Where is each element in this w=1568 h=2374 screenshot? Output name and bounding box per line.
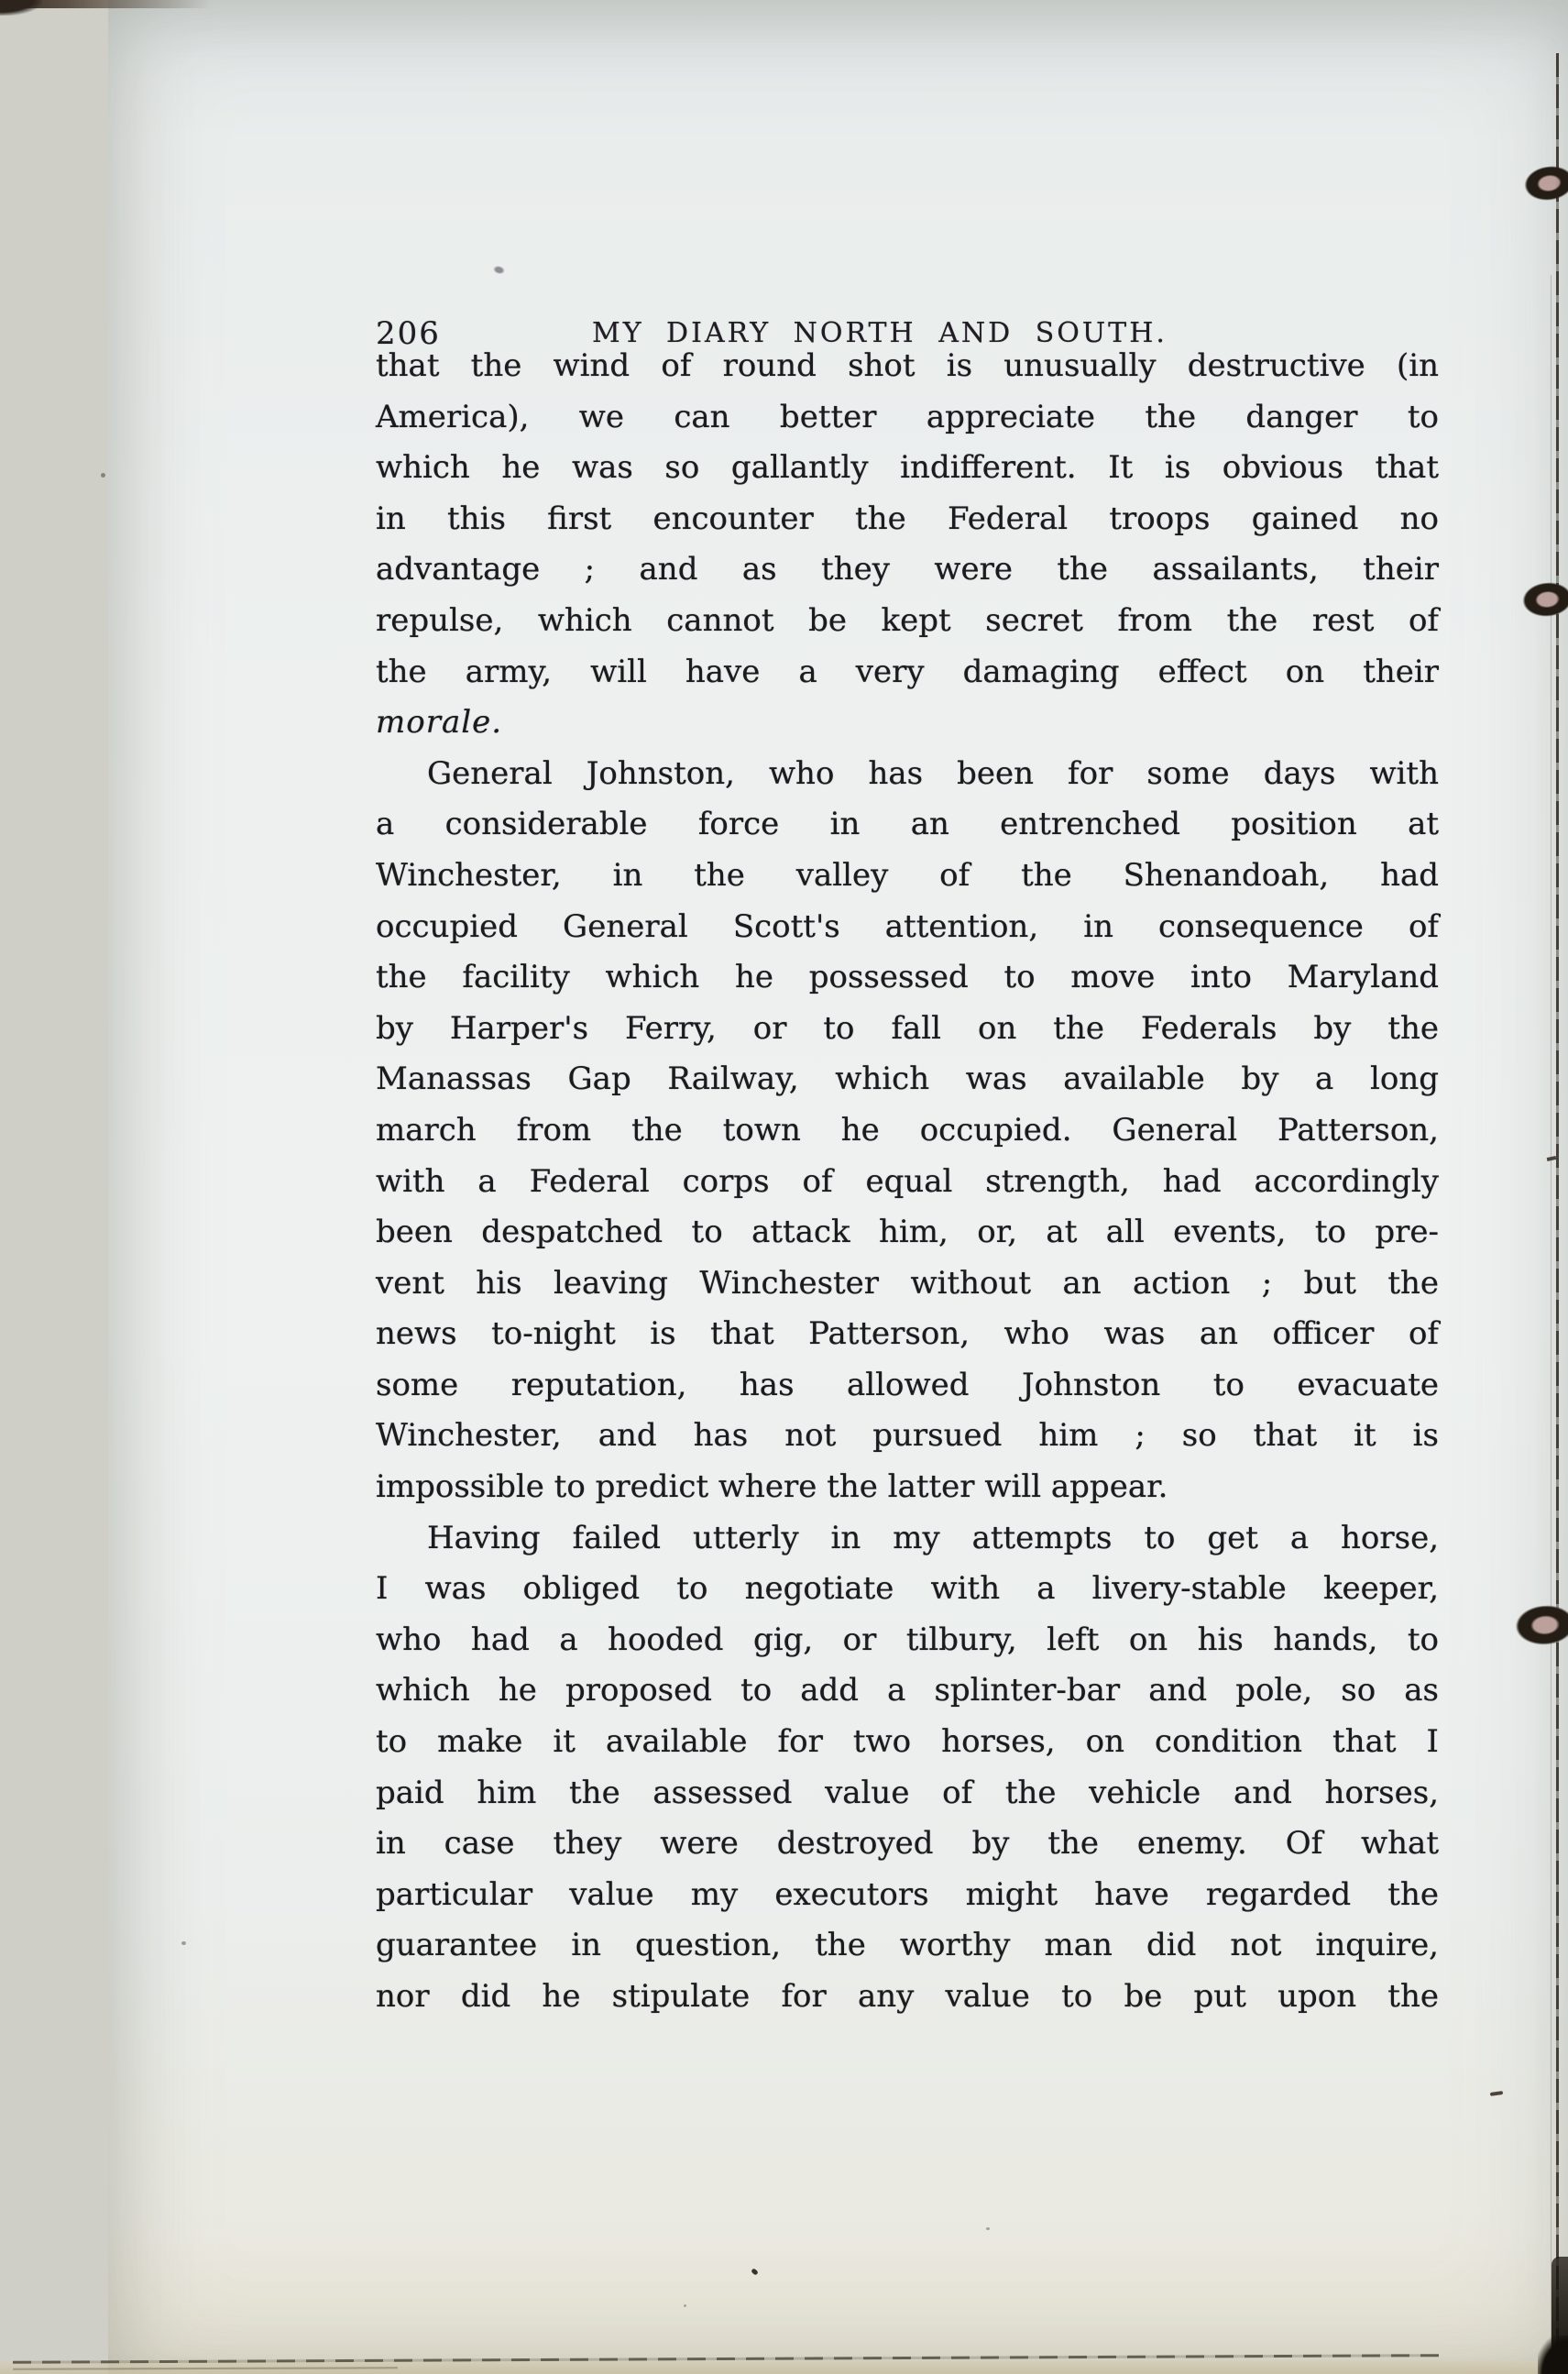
text-line: that the wind of round shot is unusually…	[376, 341, 1439, 392]
book-page-photo: 206 MY DIARY NORTH AND SOUTH. that the w…	[0, 0, 1568, 2374]
text-line: vent his leaving Winchester without an a…	[376, 1258, 1439, 1310]
ink-speck	[181, 1941, 186, 1945]
right-page-edge-line	[1556, 53, 1559, 2374]
stitch-loop-icon	[1519, 581, 1568, 620]
top-corner-shadow	[0, 0, 42, 16]
text-line: with a Federal corps of equal strength, …	[376, 1157, 1439, 1208]
text-line: a considerable force in an entrenched po…	[376, 799, 1439, 851]
book-page: 206 MY DIARY NORTH AND SOUTH. that the w…	[108, 0, 1568, 2374]
text-line: in this first encounter the Federal troo…	[376, 494, 1439, 545]
text-line: I was obliged to negotiate with a livery…	[376, 1564, 1439, 1615]
stitch-loop-icon	[1521, 164, 1568, 205]
text-line: to make it available for two horses, on …	[376, 1717, 1439, 1768]
text-line: General Johnston, who has been for some …	[376, 749, 1439, 800]
left-page-edge-strip	[0, 0, 112, 2374]
text-line: some reputation, has allowed Johnston to…	[376, 1360, 1439, 1412]
text-line: news to-night is that Patterson, who was…	[376, 1309, 1439, 1360]
text-line: America), we can better appreciate the d…	[376, 392, 1439, 444]
text-line: which he was so gallantly indifferent. I…	[376, 443, 1439, 494]
text-line: particular value my executors might have…	[376, 1870, 1439, 1921]
ink-speck	[684, 2304, 686, 2307]
text-line: morale.	[376, 698, 1439, 749]
body-text: that the wind of round shot is unusually…	[376, 341, 1439, 2023]
text-line: the facility which he possessed to move …	[376, 952, 1439, 1004]
text-line: guarantee in question, the worthy man di…	[376, 1920, 1439, 1972]
stitch-loop-icon	[1513, 1604, 1568, 1648]
text-line: advantage ; and as they were the assaila…	[376, 544, 1439, 596]
text-line: been despatched to attack him, or, at al…	[376, 1207, 1439, 1258]
text-line: nor did he stipulate for any value to be…	[376, 1972, 1439, 2023]
text-line: march from the town he occupied. General…	[376, 1105, 1439, 1157]
text-line: repulse, which cannot be kept secret fro…	[376, 596, 1439, 647]
text-line: in case they were destroyed by the enemy…	[376, 1819, 1439, 1870]
text-line: paid him the assessed value of the vehic…	[376, 1768, 1439, 1819]
text-line: Winchester, in the valley of the Shenand…	[376, 851, 1439, 902]
text-line: Manassas Gap Railway, which was availabl…	[376, 1054, 1439, 1105]
text-line: by Harper's Ferry, or to fall on the Fed…	[376, 1004, 1439, 1055]
text-line: which he proposed to add a splinter-bar …	[376, 1665, 1439, 1717]
text-line: occupied General Scott's attention, in c…	[376, 902, 1439, 953]
ink-speck	[986, 2227, 990, 2230]
text-line: impossible to predict where the latter w…	[376, 1462, 1439, 1513]
bottom-right-corner-shadow	[1538, 2336, 1568, 2374]
ink-speck	[101, 473, 105, 478]
text-line: Having failed utterly in my attempts to …	[376, 1513, 1439, 1565]
text-line: Winchester, and has not pursued him ; so…	[376, 1411, 1439, 1462]
text-line: the army, will have a very damaging effe…	[376, 647, 1439, 698]
text-line: who had a hooded gig, or tilbury, left o…	[376, 1615, 1439, 1666]
